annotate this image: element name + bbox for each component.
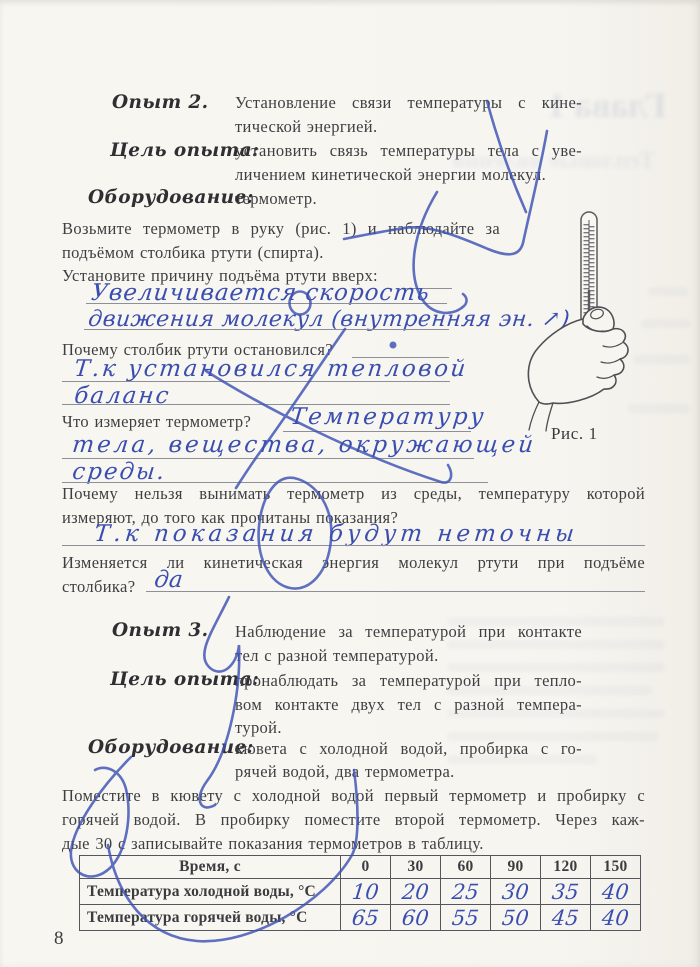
question5-line1: Изменяется ли кинетическая энергия молек… bbox=[62, 552, 645, 574]
table-header-t30: 30 bbox=[391, 856, 441, 879]
question4-line1: Почему нельзя вынимать термометр из сред… bbox=[62, 483, 645, 505]
experiment2-equipment-label: Оборудование: bbox=[88, 187, 254, 208]
cell-value: 50 bbox=[491, 905, 541, 931]
table-row: Температура холодной воды, °С 10 20 25 3… bbox=[80, 879, 641, 905]
table-row: Температура горячей воды, °С 65 60 55 50… bbox=[80, 905, 641, 931]
procedure-line1: Поместите в кювету с холодной водой перв… bbox=[62, 785, 645, 807]
workbook-page: Глава 1 Тепловые явления Опыт 2. Установ… bbox=[0, 0, 700, 967]
measurements-table: Время, с 0 30 60 90 120 150 Температура … bbox=[79, 855, 641, 931]
experiment2-title-line2: тической энергией. bbox=[235, 116, 377, 138]
experiment2-goal-line1: установить связь температуры тела с уве- bbox=[235, 140, 582, 162]
row-label-hot-water: Температура горячей воды, °С bbox=[80, 905, 341, 931]
cell-value: 60 bbox=[391, 905, 441, 931]
cell-value: 30 bbox=[491, 879, 541, 905]
hand-fist bbox=[528, 307, 628, 431]
experiment3-title-line2: тел с разной температурой. bbox=[235, 645, 439, 667]
handwritten-answer3-line1: тела, вещества, окружающей bbox=[71, 432, 537, 458]
experiment2-title-line1: Установление связи температуры с кине- bbox=[235, 92, 582, 114]
experiment3-equipment-line1: кювета с холодной водой, пробирка с го- bbox=[235, 738, 582, 760]
handwritten-answer5: да bbox=[153, 567, 184, 593]
cell-value: 20 bbox=[391, 879, 441, 905]
handwritten-answer3-inline: Температуру bbox=[289, 404, 487, 430]
experiment3-label: Опыт 3. bbox=[112, 620, 209, 641]
procedure-line3: дые 30 с записывайте показания термометр… bbox=[62, 833, 484, 855]
cell-value: 65 bbox=[341, 905, 391, 931]
answer-line bbox=[86, 303, 447, 304]
table-header-t120: 120 bbox=[541, 856, 591, 879]
table-header-t60: 60 bbox=[441, 856, 491, 879]
page-number: 8 bbox=[54, 928, 64, 950]
experiment3-equipment-line2: рячей водой, два термометра. bbox=[235, 761, 455, 783]
experiment2-equipment: термометр. bbox=[235, 188, 317, 210]
experiment3-title-line1: Наблюдение за температурой при контакте bbox=[235, 621, 582, 643]
cell-value: 45 bbox=[541, 905, 591, 931]
intro-line1: Возьмите термометр в руку (рис. 1) и наб… bbox=[62, 218, 500, 240]
table-header-t150: 150 bbox=[591, 856, 641, 879]
question3: Что измеряет термометр? bbox=[62, 411, 251, 433]
answer-line bbox=[146, 591, 645, 592]
cell-value: 40 bbox=[591, 879, 641, 905]
handwritten-answer2-line1: Т.к установился тепловой bbox=[73, 356, 469, 382]
table-header-t0: 0 bbox=[341, 856, 391, 879]
experiment2-goal-line2: личением кинетической энергии молекул. bbox=[235, 164, 546, 186]
cell-value: 25 bbox=[441, 879, 491, 905]
experiment2-label: Опыт 2. bbox=[112, 92, 209, 113]
experiment3-goal-line2: вом контакте двух тел с разной темпера- bbox=[235, 694, 582, 716]
question5-line2: столбика? bbox=[62, 576, 135, 598]
table-header-t90: 90 bbox=[491, 856, 541, 879]
experiment3-goal-line1: пронаблюдать за температурой при тепло- bbox=[235, 670, 582, 692]
handwritten-answer4: Т.к показания будут неточны bbox=[93, 521, 579, 547]
row-label-cold-water: Температура холодной воды, °С bbox=[80, 879, 341, 905]
cell-value: 55 bbox=[441, 905, 491, 931]
answer-line bbox=[84, 329, 449, 330]
hand-thermometer-figure bbox=[525, 198, 665, 436]
figure-caption: Рис. 1 bbox=[551, 424, 598, 444]
handwritten-answer2-line2: баланс bbox=[73, 383, 172, 409]
table-header-time: Время, с bbox=[80, 856, 341, 879]
cell-value: 10 bbox=[341, 879, 391, 905]
cell-value: 40 bbox=[591, 905, 641, 931]
cell-value: 35 bbox=[541, 879, 591, 905]
answer-line bbox=[62, 545, 645, 546]
experiment3-equipment-label: Оборудование: bbox=[88, 737, 254, 758]
intro-line2: подъёмом столбика ртути (спирта). bbox=[62, 242, 324, 264]
procedure-line2: горячей водой. В пробирку поместите втор… bbox=[62, 809, 645, 831]
answer-line bbox=[62, 381, 450, 382]
experiment3-goal-line3: турой. bbox=[235, 717, 282, 739]
